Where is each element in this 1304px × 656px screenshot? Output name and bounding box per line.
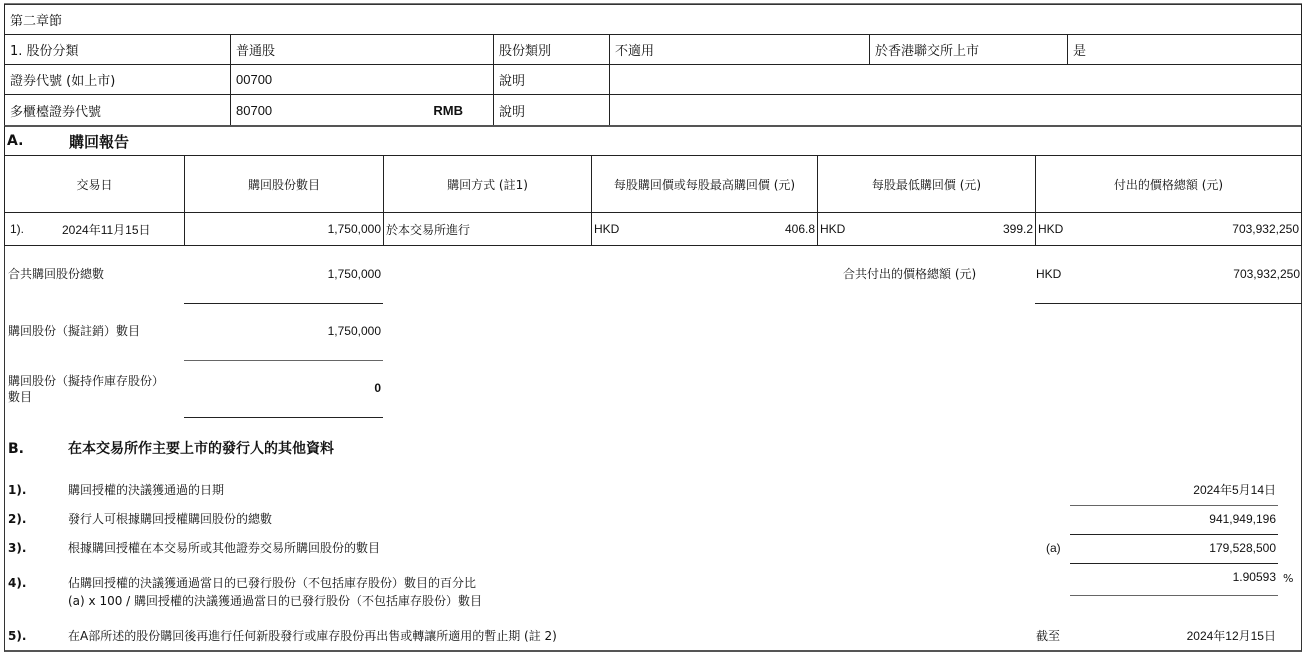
underline — [1035, 303, 1302, 304]
col-header-trade-date: 交易日 — [4, 155, 185, 213]
total-paid-summary-value: 703,932,250 — [1100, 266, 1300, 282]
total-paid-summary-currency: HKD — [1036, 266, 1061, 282]
low-price-currency: HKD — [820, 222, 845, 236]
total-paid-value: 703,932,250 — [1232, 222, 1299, 236]
section-b-marker: B. — [8, 441, 24, 457]
row-index: 1). — [10, 222, 62, 236]
trade-date: 2024年11月15日 — [62, 221, 151, 238]
item-index: 4). — [8, 575, 26, 591]
col-header-low-price-text: 每股最低購回價 (元) — [872, 176, 981, 193]
share-type-label: 股份類別 — [493, 34, 610, 65]
section-title: 第二章節 — [4, 4, 1302, 35]
low-price-value: 399.2 — [1003, 222, 1033, 236]
item-value-authorization-date: 2024年5月14日 — [1070, 482, 1276, 498]
item-value-repurchased-shares: 179,528,500 — [1070, 540, 1276, 556]
total-paid-currency: HKD — [1038, 222, 1063, 236]
item-index: 2). — [8, 511, 26, 527]
total-paid-summary-label: 合共付出的價格總額 (元) — [843, 266, 976, 282]
item-value-percentage: 1.90593 — [1070, 569, 1276, 585]
item-value-max-shares: 941,949,196 — [1070, 511, 1276, 527]
total-paid-cell: HKD 703,932,250 — [1035, 212, 1302, 246]
treasury-shares-value: 0 — [184, 380, 381, 396]
underline — [1070, 505, 1278, 506]
stock-code-value: 00700 — [230, 64, 494, 95]
description-value — [609, 64, 1302, 95]
col-header-high-price: 每股購回價或每股最高購回價 (元) — [591, 155, 818, 213]
currency-text: RMB — [433, 103, 463, 118]
col-header-total-paid: 付出的價格總額 (元) — [1035, 155, 1302, 213]
col-header-low-price: 每股最低購回價 (元) — [817, 155, 1036, 213]
underline — [1070, 595, 1278, 596]
multi-counter-code-text: 80700 — [236, 103, 272, 118]
section-title-text: 第二章節 — [10, 10, 62, 29]
col-header-method: 購回方式 (註1) — [383, 155, 592, 213]
item-index: 1). — [8, 482, 26, 498]
high-price-value: 406.8 — [785, 222, 815, 236]
hkex-listed-label-text: 於香港聯交所上市 — [875, 40, 979, 59]
item-prefix-until: 截至 — [1036, 628, 1060, 644]
underline — [184, 303, 383, 304]
percent-sign: % — [1283, 571, 1293, 587]
hkex-listed-label: 於香港聯交所上市 — [869, 34, 1068, 65]
share-type-value: 不適用 — [609, 34, 870, 65]
description-label-text: 說明 — [499, 70, 525, 89]
section-a-marker: A. — [7, 133, 69, 149]
treasury-shares-label-line1: 購回股份（擬持作庫存股份） — [8, 373, 164, 389]
shares-cell: 1,750,000 — [184, 212, 384, 246]
method-value: 於本交易所進行 — [386, 221, 470, 238]
item-index: 5). — [8, 628, 26, 644]
cancel-shares-value: 1,750,000 — [184, 323, 381, 339]
item-prefix-a: (a) — [1046, 540, 1061, 556]
multi-counter-code-label-text: 多櫃檯證券代號 — [10, 101, 101, 120]
share-class-value-text: 普通股 — [236, 40, 275, 59]
item-label-repurchased-shares: 根據購回授權在本交易所或其他證券交易所購回股份的數目 — [68, 540, 380, 556]
multi-counter-code-value: 80700 RMB — [230, 94, 494, 126]
cancel-shares-label: 購回股份（擬註銷）數目 — [8, 323, 140, 339]
hkex-listed-value-text: 是 — [1073, 40, 1086, 59]
item-label-percentage: 佔購回授權的決議獲通過當日的已發行股份（不包括庫存股份）數目的百分比 — [68, 575, 476, 591]
high-price-cell: HKD 406.8 — [591, 212, 818, 246]
share-class-label-text: 1. 股份分類 — [10, 40, 79, 59]
description-label: 說明 — [493, 64, 610, 95]
total-shares-value: 1,750,000 — [184, 266, 381, 282]
section-b-title: 在本交易所作主要上市的發行人的其他資料 — [68, 441, 334, 457]
item-label-authorization-date: 購回授權的決議獲通過的日期 — [68, 482, 224, 498]
col-header-method-text: 購回方式 (註1) — [447, 176, 528, 193]
method-cell: 於本交易所進行 — [383, 212, 592, 246]
underline — [1070, 534, 1278, 535]
col-header-high-price-text: 每股購回價或每股最高購回價 (元) — [614, 176, 795, 193]
treasury-shares-label-line2: 數目 — [8, 389, 32, 405]
underline — [184, 417, 383, 418]
stock-code-label: 證券代號 (如上市) — [4, 64, 231, 95]
col-header-trade-date-text: 交易日 — [76, 176, 112, 193]
multi-counter-code-label: 多櫃檯證券代號 — [4, 94, 231, 126]
description-label-2: 說明 — [493, 94, 610, 126]
item-index: 3). — [8, 540, 26, 556]
col-header-total-paid-text: 付出的價格總額 (元) — [1114, 176, 1223, 193]
total-shares-label: 合共購回股份總數 — [8, 266, 104, 282]
underline — [1070, 563, 1278, 564]
share-class-label: 1. 股份分類 — [4, 34, 231, 65]
item-value-moratorium-date: 2024年12月15日 — [1070, 628, 1276, 644]
item-label-percentage-formula: (a) x 100 / 購回授權的決議獲通過當日的已發行股份（不包括庫存股份）數… — [68, 593, 482, 609]
underline — [184, 360, 383, 361]
stock-code-value-text: 00700 — [236, 72, 272, 87]
description-value-2 — [609, 94, 1302, 126]
section-a-heading: A. 購回報告 — [4, 125, 1302, 156]
stock-code-label-text: 證券代號 (如上市) — [10, 70, 115, 89]
item-label-moratorium: 在A部所述的股份購回後再進行任何新股發行或庫存股份再出售或轉讓所適用的暫止期 (… — [68, 628, 557, 644]
shares-value: 1,750,000 — [328, 222, 381, 236]
col-header-shares: 購回股份數目 — [184, 155, 384, 213]
hkex-listed-value: 是 — [1067, 34, 1302, 65]
high-price-currency: HKD — [594, 222, 619, 236]
col-header-shares-text: 購回股份數目 — [248, 176, 320, 193]
section-a-title: 購回報告 — [69, 131, 129, 152]
share-class-value: 普通股 — [230, 34, 494, 65]
item-label-max-shares: 發行人可根據購回授權購回股份的總數 — [68, 511, 272, 527]
share-type-label-text: 股份類別 — [499, 40, 551, 59]
description-label-2-text: 說明 — [499, 101, 525, 120]
trade-date-cell: 1). 2024年11月15日 — [4, 212, 185, 246]
low-price-cell: HKD 399.2 — [817, 212, 1036, 246]
share-type-value-text: 不適用 — [615, 40, 654, 59]
